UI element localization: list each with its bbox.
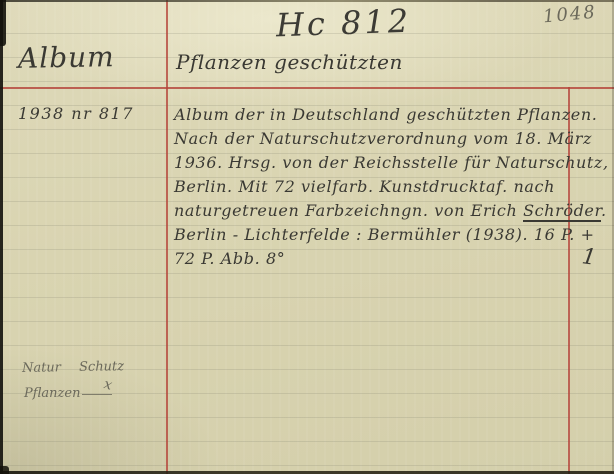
entry-line-6: Berlin - Lichterfelde : Bermühler (1938)…: [174, 223, 574, 247]
entry-line-5-text: naturgetreuen Farbzeichngn. von Erich: [174, 201, 523, 220]
pencil-note-natur-schutz: Natur Schutz: [22, 359, 124, 376]
pencil-note-pflanzen-text: Pflanzen: [24, 386, 80, 401]
catalog-entry: Album der in Deutschland geschützten Pfl…: [174, 103, 574, 271]
red-vertical-rule-left: [166, 0, 168, 474]
red-horizontal-rule: [0, 87, 614, 89]
scan-edge-left: [0, 0, 3, 474]
entry-line-2: Nach der Naturschutzverordnung vom 18. M…: [174, 127, 574, 151]
copy-count: 1: [580, 244, 597, 271]
entry-line-5: naturgetreuen Farbzeichngn. von Erich Sc…: [174, 199, 574, 223]
illustrator-name-underlined: Schröder: [523, 201, 601, 222]
subject-heading: Pflanzen geschützten: [176, 50, 403, 74]
heading-keyword: Album: [18, 40, 115, 75]
scan-edge-bottom-left: [0, 466, 9, 474]
classification-number: Hc 812: [275, 2, 411, 45]
scan-edge-top-left: [0, 0, 6, 46]
scan-edge-top: [0, 0, 614, 2]
catalog-card-scan: Hc 812 1048 Album Pflanzen geschützten 1…: [0, 0, 614, 474]
entry-line-1: Album der in Deutschland geschützten Pfl…: [174, 103, 574, 127]
entry-line-4: Berlin. Mit 72 vielfarb. Kunstdrucktaf. …: [174, 175, 574, 199]
accession-number: 1938 nr 817: [18, 104, 134, 123]
entry-line-7: 72 P. Abb. 8°: [174, 247, 574, 271]
pencil-note-pflanzen: Pflanzen: [24, 386, 112, 401]
folio-number: 1048: [542, 2, 597, 28]
entry-line-5-period: .: [601, 201, 607, 220]
entry-line-3: 1936. Hrsg. von der Reichsstelle für Nat…: [174, 151, 574, 175]
